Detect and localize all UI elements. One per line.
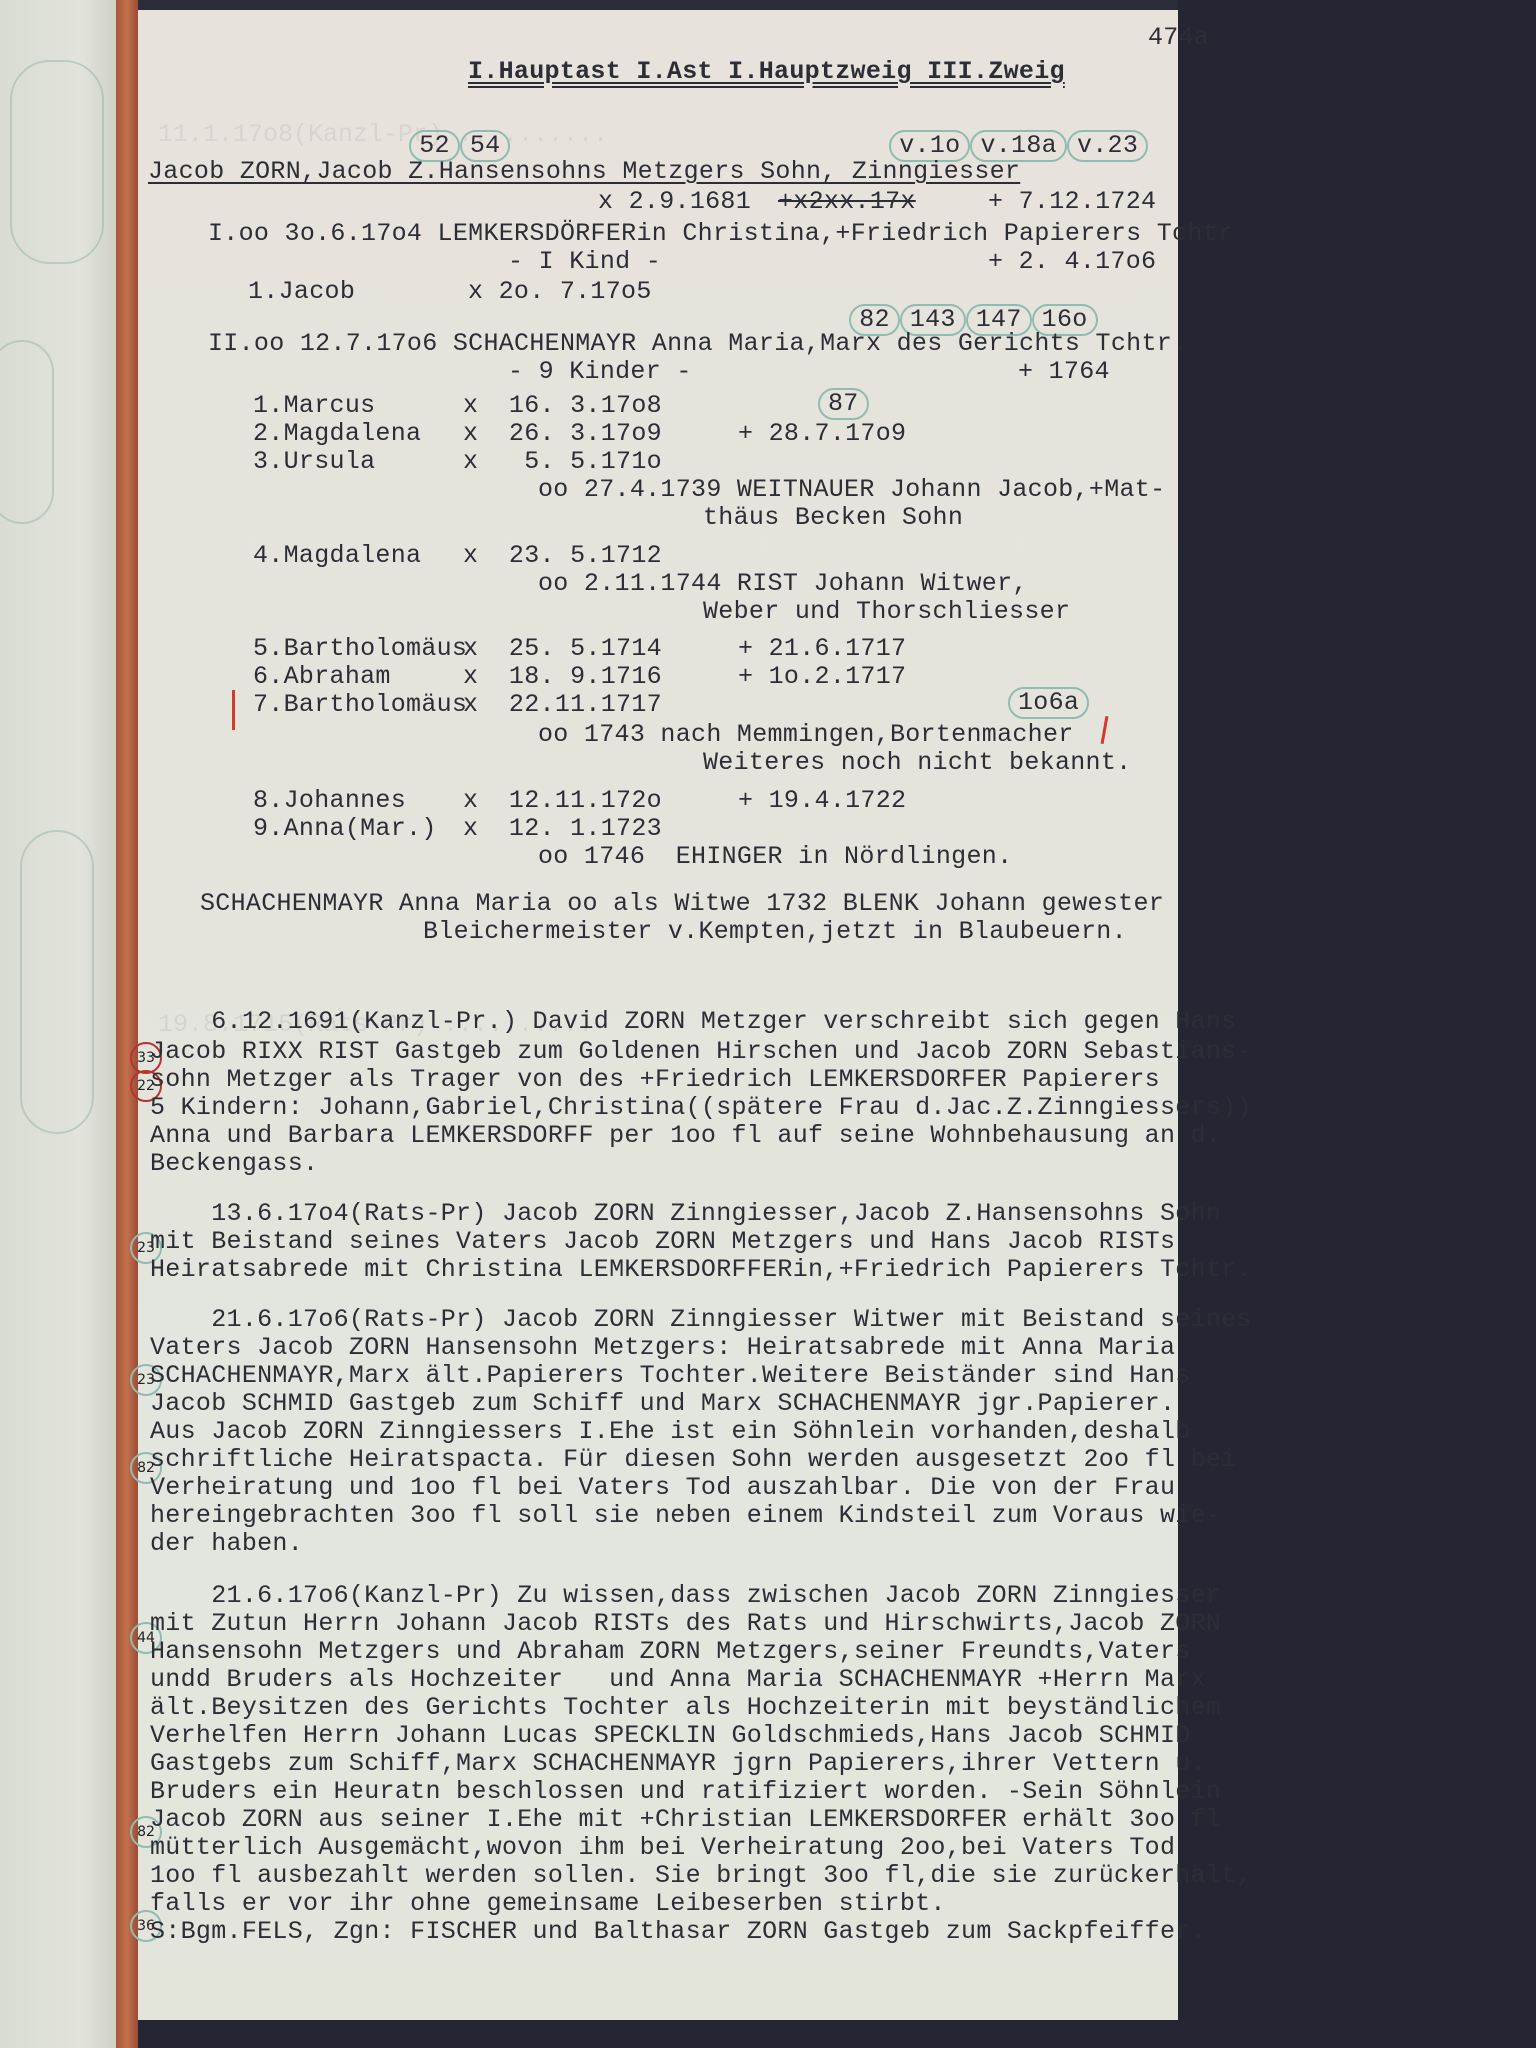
child-birth: x 18. 9.1716	[463, 663, 662, 691]
child-birth: x 5. 5.171o	[463, 448, 662, 476]
entry-line: Gastgebs zum Schiff,Marx SCHACHENMAYR jg…	[150, 1750, 1206, 1778]
entry-line: sohn Metzger als Trager von des +Friedri…	[150, 1066, 1160, 1094]
person-birth: x 2.9.1681	[598, 188, 751, 216]
child-name: 2.Magdalena	[253, 420, 421, 448]
child-marriage: oo 1746 EHINGER in Nördlingen.	[538, 843, 1012, 871]
entry-line: Hansensohn Metzgers und Abraham ZORN Met…	[150, 1638, 1191, 1666]
child-name: 6.Abraham	[253, 663, 391, 691]
pencil-sketch	[0, 340, 54, 524]
entry-line: falls er vor ihr ohne gemeinsame Leibese…	[150, 1890, 946, 1918]
child-ref: 1o6a	[1008, 687, 1089, 719]
child-birth: x 23. 5.1712	[463, 542, 662, 570]
entry-line: Aus Jacob ZORN Zinngiessers I.Ehe ist ei…	[150, 1418, 1191, 1446]
entry-line: mit Zutun Herrn Johann Jacob RISTs des R…	[150, 1610, 1221, 1638]
document-page: 11.1.17o8(Kanzl-Pr) .......... 19.8.1715…	[138, 10, 1178, 2020]
entry-line: Beckengass.	[150, 1150, 318, 1178]
child-marriage: oo 27.4.1739 WEITNAUER Johann Jacob,+Mat…	[538, 476, 1165, 504]
child-name: 7.Bartholomäus	[253, 691, 467, 719]
entry-line: ält.Beysitzen des Gerichts Tochter als H…	[150, 1694, 1221, 1722]
entry-line: Jacob ZORN aus seiner I.Ehe mit +Christi…	[150, 1806, 1221, 1834]
child-name: 3.Ursula	[253, 448, 375, 476]
child-name: 4.Magdalena	[253, 542, 421, 570]
entry-line: undd Bruders als Hochzeiter und Anna Mar…	[150, 1666, 1206, 1694]
entry-line: 21.6.17o6(Rats-Pr) Jacob ZORN Zinngiesse…	[150, 1306, 1252, 1334]
left-page-edge	[0, 0, 116, 2048]
pencil-sketch	[20, 830, 94, 1134]
child-birth: x 25. 5.1714	[463, 635, 662, 663]
child-ref: 87	[818, 388, 869, 420]
child-name: 8.Johannes	[253, 787, 406, 815]
child-birth: x 12.11.172o	[463, 787, 662, 815]
entry-line: Verheiratung und 1oo fl bei Vaters Tod a…	[150, 1474, 1175, 1502]
entry-line: Bruders ein Heuratn beschlossen und rati…	[150, 1778, 1221, 1806]
reference-badge: 1o6a	[1008, 687, 1089, 719]
marriage2-line: II.oo 12.7.17o6 SCHACHENMAYR Anna Maria,…	[208, 330, 1187, 358]
entry-line: Jacob SCHMID Gastgeb zum Schiff und Marx…	[150, 1390, 1175, 1418]
red-pen-mark	[1101, 716, 1109, 744]
widow-note-line2: Bleichermeister v.Kempten,jetzt in Blaub…	[423, 918, 1127, 946]
entry-line: S:Bgm.FELS, Zgn: FISCHER und Balthasar Z…	[150, 1918, 1206, 1946]
marriage2-spouse-death: + 1764	[1018, 358, 1110, 386]
marriage2-children-header: - 9 Kinder -	[508, 358, 692, 386]
child-death: + 28.7.17o9	[738, 420, 906, 448]
entry-line: 13.6.17o4(Rats-Pr) Jacob ZORN Zinngiesse…	[150, 1200, 1221, 1228]
entry-line: 5 Kindern: Johann,Gabriel,Christina((spä…	[150, 1094, 1252, 1122]
entry-line: Vaters Jacob ZORN Hansensohn Metzgers: H…	[150, 1334, 1175, 1362]
child-name: 5.Bartholomäus	[253, 635, 467, 663]
reference-badge: v.23	[1067, 130, 1148, 162]
child-name: 1.Jacob	[248, 278, 355, 306]
child-marriage-cont: thäus Becken Sohn	[703, 504, 963, 532]
marriage1-line: I.oo 3o.6.17o4 LEMKERSDÖRFERin Christina…	[208, 220, 1233, 248]
child-birth: x 12. 1.1723	[463, 815, 662, 843]
child-death: + 19.4.1722	[738, 787, 906, 815]
person-name-line: Jacob ZORN,Jacob Z.Hansensohns Metzgers …	[148, 158, 1020, 186]
page-heading: I.Hauptast I.Ast I.Hauptzweig III.Zweig	[468, 58, 1065, 86]
reference-badge: 87	[818, 388, 869, 420]
child-marriage: oo 2.11.1744 RIST Johann Witwer,	[538, 570, 1028, 598]
entry-line: 1oo fl ausbezahlt werden sollen. Sie bri…	[150, 1862, 1252, 1890]
child-marriage-cont: Weber und Thorschliesser	[703, 598, 1070, 626]
child-marriage-cont: Weiteres noch nicht bekannt.	[703, 749, 1131, 777]
entry-line: 21.6.17o6(Kanzl-Pr) Zu wissen,dass zwisc…	[150, 1582, 1221, 1610]
entry-line: mit Beistand seines Vaters Jacob ZORN Me…	[150, 1228, 1175, 1256]
entry-line: Heiratsabrede mit Christina LEMKERSDORFF…	[150, 1256, 1252, 1284]
child-name: 9.Anna(Mar.)	[253, 815, 437, 843]
entry-line: 6.12.1691(Kanzl-Pr.) David ZORN Metzger …	[150, 1008, 1236, 1036]
entry-line: der haben.	[150, 1530, 303, 1558]
child-birth: x 26. 3.17o9	[463, 420, 662, 448]
child-marriage: oo 1743 nach Memmingen,Bortenmacher	[538, 721, 1074, 749]
child-birth: x 2o. 7.17o5	[468, 278, 652, 306]
red-pen-mark	[232, 690, 235, 730]
crossed-out-text: +x2xx.17x	[778, 188, 916, 216]
entry-line: Jacob RIXX RIST Gastgeb zum Goldenen Hir…	[150, 1038, 1252, 1066]
marriage1-children-header: - I Kind -	[508, 248, 661, 276]
entry-line: mütterlich Ausgemächt,wovon ihm bei Verh…	[150, 1834, 1175, 1862]
entry-line: SCHACHENMAYR,Marx ält.Papierers Tochter.…	[150, 1362, 1191, 1390]
child-birth: x 22.11.1717	[463, 691, 662, 719]
marriage1-spouse-death: + 2. 4.17o6	[988, 248, 1156, 276]
child-name: 1.Marcus	[253, 392, 375, 420]
entry-line: hereingebrachten 3oo fl soll sie neben e…	[150, 1502, 1221, 1530]
child-death: + 21.6.1717	[738, 635, 906, 663]
page-number: 474a	[1148, 24, 1209, 52]
background-edge	[138, 2020, 1178, 2048]
child-birth: x 16. 3.17o8	[463, 392, 662, 420]
entry-line: Anna und Barbara LEMKERSDORFF per 1oo fl…	[150, 1122, 1221, 1150]
book-spine	[116, 0, 138, 2048]
widow-note-line1: SCHACHENMAYR Anna Maria oo als Witwe 173…	[200, 890, 1164, 918]
entry-line: schriftliche Heiratspacta. Für diesen So…	[150, 1446, 1236, 1474]
pencil-sketch	[10, 60, 104, 264]
person-death: + 7.12.1724	[988, 188, 1156, 216]
child-death: + 1o.2.1717	[738, 663, 906, 691]
entry-line: Verhelfen Herrn Johann Lucas SPECKLIN Go…	[150, 1722, 1191, 1750]
